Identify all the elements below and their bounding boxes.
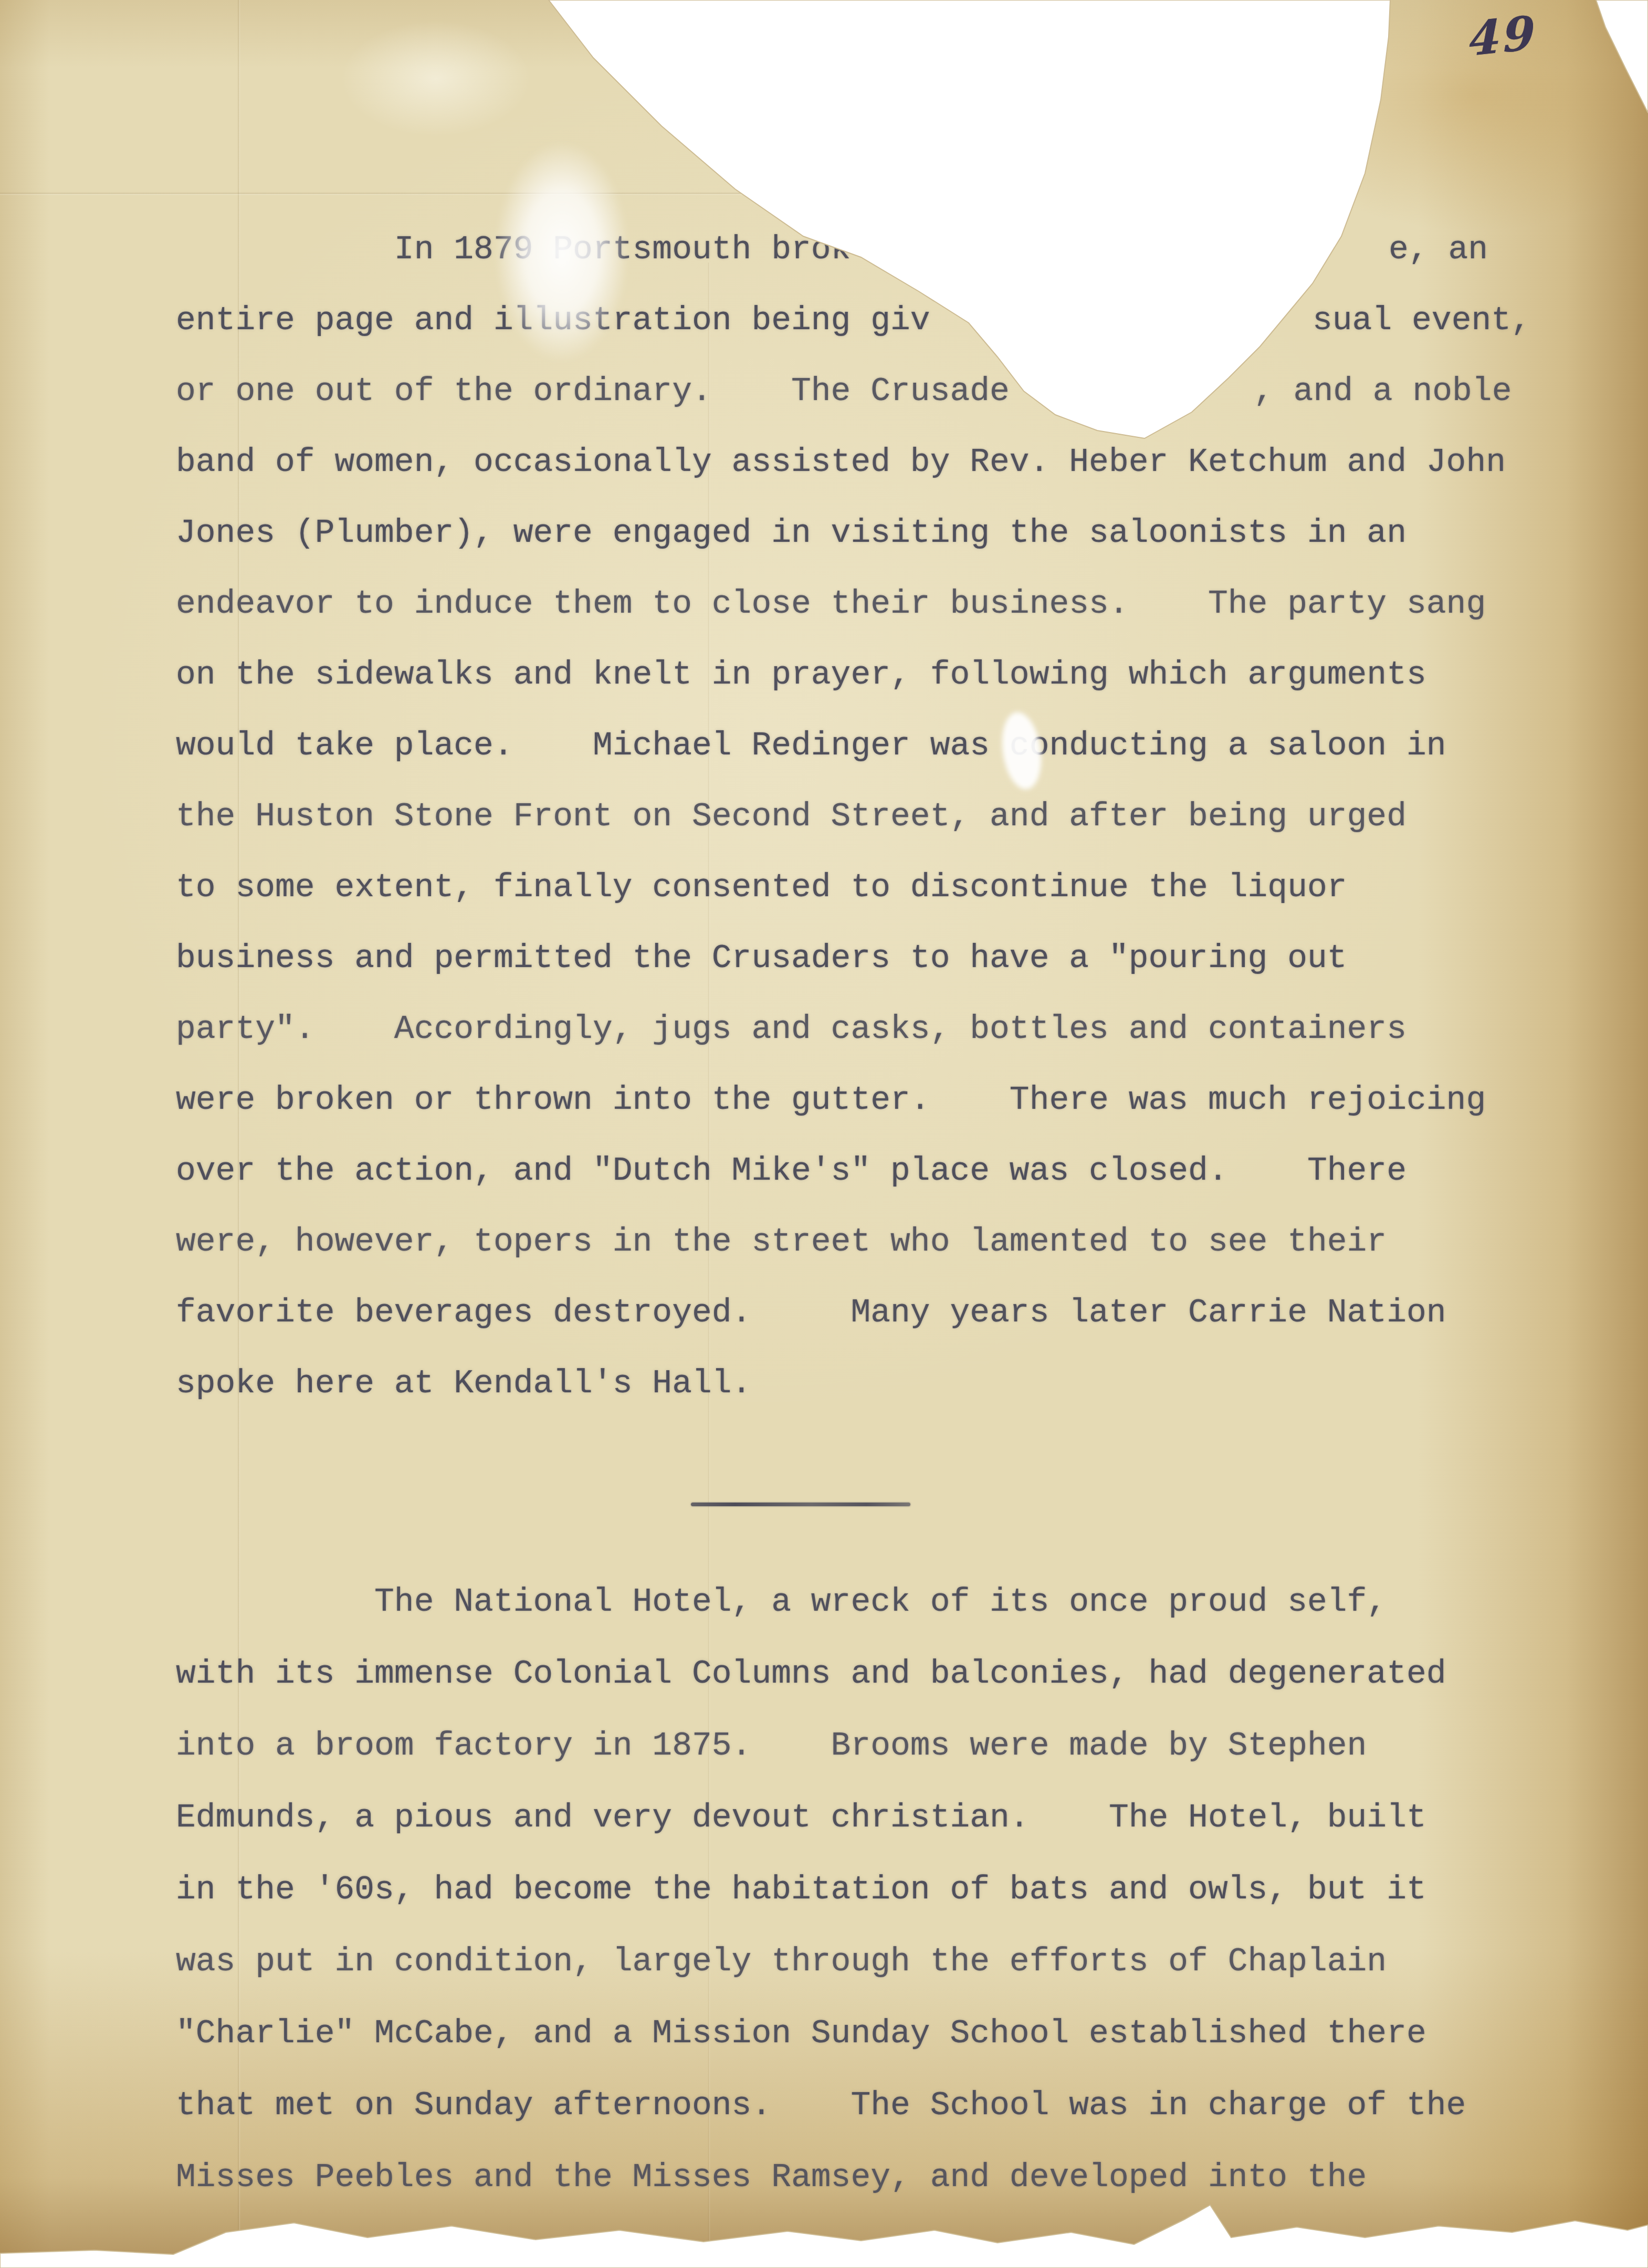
typed-text: in the '60s, had become the habitation o…	[176, 1871, 1426, 1908]
typed-text: The National Hotel, a wreck of its once …	[176, 1583, 1387, 1621]
paragraph-national-hotel: The National Hotel, a wreck of its once …	[176, 0, 1648, 2268]
typed-line: was put in condition, largely through th…	[176, 1943, 1648, 1981]
typed-text: Edmunds, a pious and very devout christi…	[176, 1799, 1426, 1836]
typed-text: into a broom factory in 1875. Brooms wer…	[176, 1727, 1367, 1765]
typed-text: "Charlie" McCabe, and a Mission Sunday S…	[176, 2015, 1426, 2052]
typed-line: into a broom factory in 1875. Brooms wer…	[176, 1727, 1648, 1765]
typed-line: Edmunds, a pious and very devout christi…	[176, 1799, 1648, 1837]
typed-line: The National Hotel, a wreck of its once …	[176, 1583, 1648, 1621]
typed-line: that met on Sunday afternoons. The Schoo…	[176, 2087, 1648, 2125]
typed-text: that met on Sunday afternoons. The Schoo…	[176, 2087, 1466, 2124]
typed-line: with its immense Colonial Columns and ba…	[176, 1655, 1648, 1693]
typed-text: Misses Peebles and the Misses Ramsey, an…	[176, 2159, 1367, 2196]
typed-line: Misses Peebles and the Misses Ramsey, an…	[176, 2159, 1648, 2197]
typed-line: "Charlie" McCabe, and a Mission Sunday S…	[176, 2015, 1648, 2053]
typed-text: was put in condition, largely through th…	[176, 1943, 1387, 1980]
document-page: 49 In 1879 Portsmouth broke, anentire pa…	[0, 0, 1648, 2268]
typed-line: in the '60s, had become the habitation o…	[176, 1871, 1648, 1909]
typed-text: with its immense Colonial Columns and ba…	[176, 1655, 1446, 1693]
